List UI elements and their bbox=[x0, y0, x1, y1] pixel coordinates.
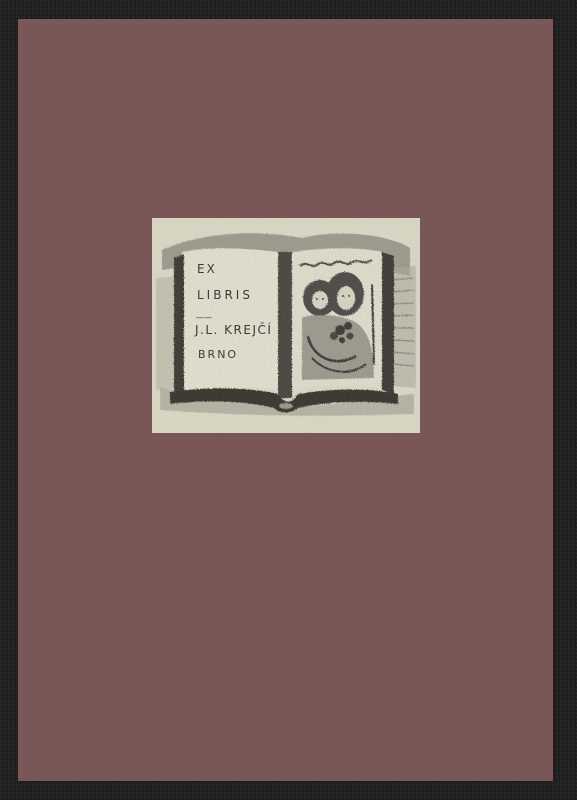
mount-card: EX LIBRIS —— J.L. KREJČÍ BRNO bbox=[18, 19, 553, 781]
bookplate-print: EX LIBRIS —— J.L. KREJČÍ BRNO bbox=[152, 218, 420, 433]
libris-label: LIBRIS bbox=[197, 289, 253, 301]
open-book-illustration bbox=[152, 218, 420, 433]
ex-label: EX bbox=[197, 263, 217, 275]
owner-name: J.L. KREJČÍ bbox=[195, 324, 272, 336]
owner-city: BRNO bbox=[198, 349, 238, 360]
divider-dash: —— bbox=[196, 314, 212, 322]
